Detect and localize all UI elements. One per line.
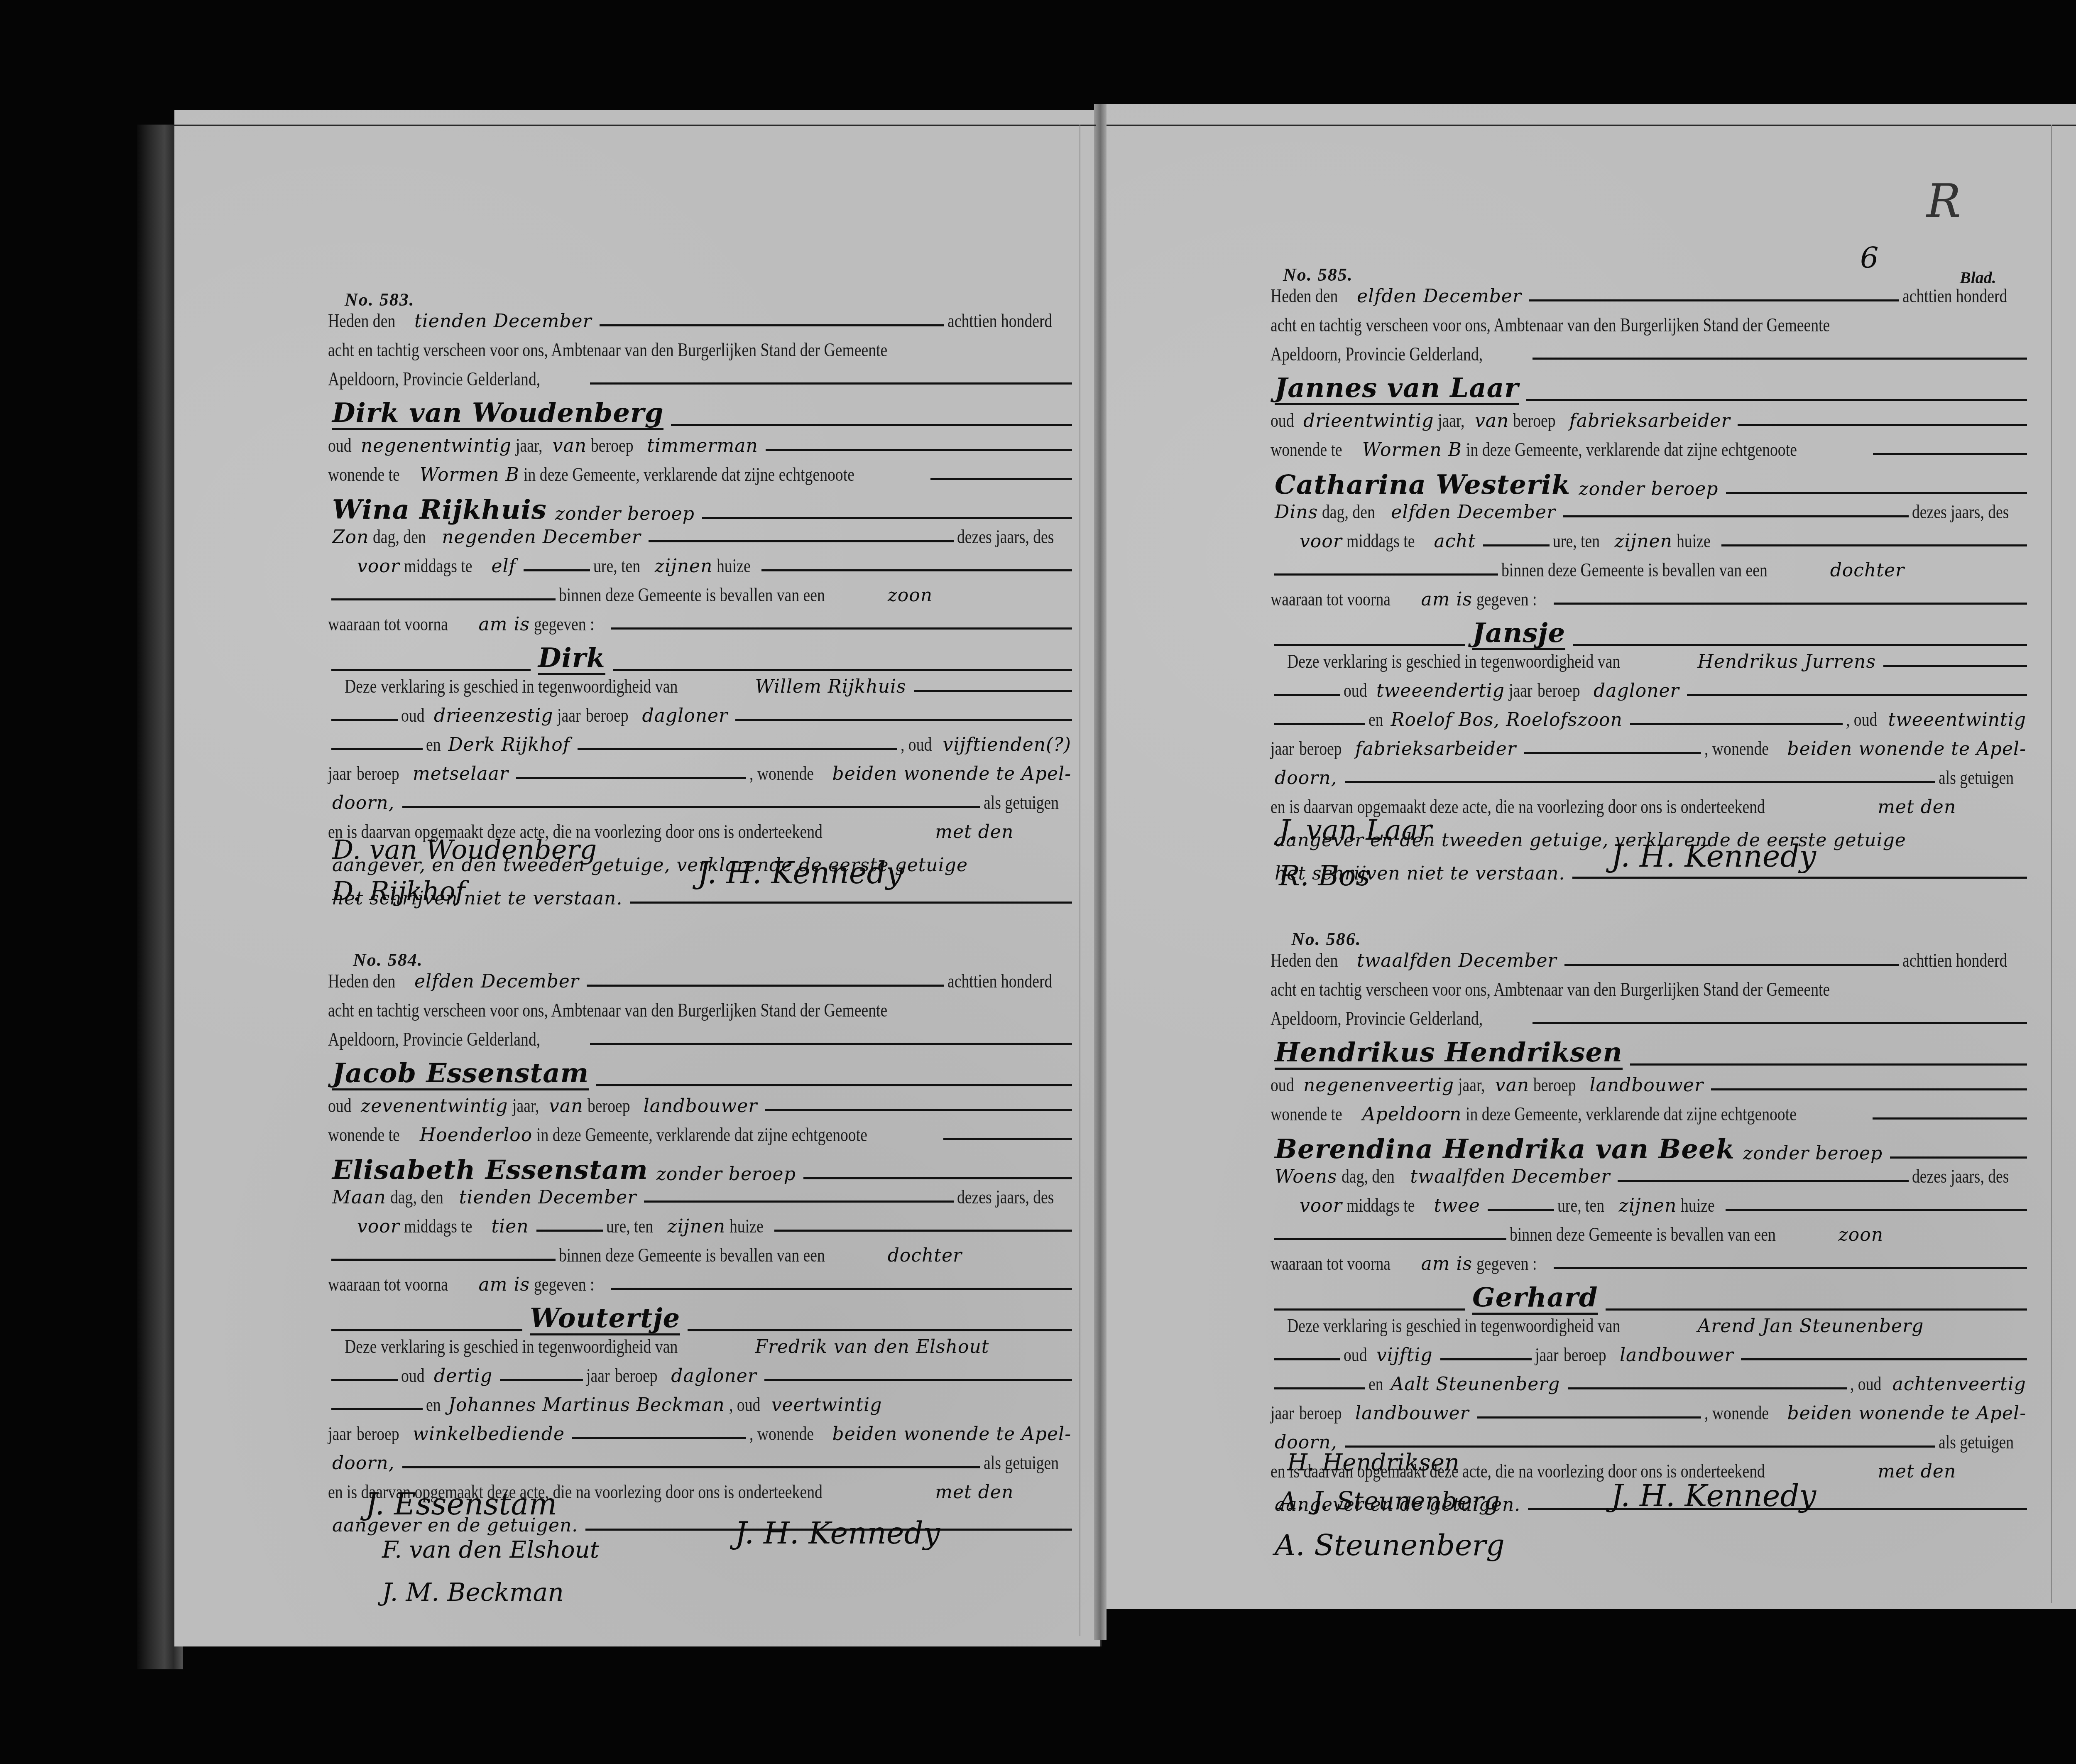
printed-text: middags te — [1346, 1196, 1415, 1215]
printed-text: gegeven : — [1476, 1254, 1537, 1273]
handwritten-van: van — [1475, 412, 1509, 430]
witness2-name: Derk Rijkhof — [448, 736, 570, 754]
printed-text: jaar, — [516, 436, 542, 455]
handwritten-text: met den — [935, 1483, 1014, 1502]
father-age: zevenentwintig — [361, 1097, 508, 1115]
printed-text: beroep — [586, 706, 629, 725]
signature: R. Bos — [1279, 860, 1370, 892]
signature: J. van Laar — [1279, 814, 1432, 847]
child-sex: zoon — [1839, 1226, 1884, 1244]
witness2-age: achtenveertig — [1892, 1375, 2026, 1394]
printed-text: binnen deze Gemeente is bevallen van een — [1501, 561, 1768, 580]
ten-huize: zijnen — [668, 1218, 726, 1236]
father-occupation: landbouwer — [644, 1097, 758, 1115]
printed-text: dezes jaars, des — [1912, 1167, 2009, 1186]
printed-text: beroep — [1537, 681, 1580, 700]
printed-text: ure, ten — [1553, 532, 1600, 551]
printed-text: oud — [1344, 1345, 1367, 1365]
father-occupation: fabrieksarbeider — [1569, 412, 1731, 430]
ten-huize: zijnen — [1619, 1197, 1677, 1215]
handwritten-date: elfden December — [1357, 287, 1522, 306]
printed-text: beroep — [1299, 739, 1342, 758]
registrar-signature: J. H. Kennedy — [735, 1516, 940, 1551]
witness2-name: Roelof Bos, Roelofszoon — [1391, 711, 1622, 729]
printed-text: dezes jaars, des — [957, 1188, 1054, 1207]
ten-huize: zijnen — [655, 557, 713, 576]
printed-text: gegeven : — [1476, 590, 1537, 609]
witness2-occupation: fabrieksarbeider — [1355, 740, 1516, 758]
printed-text: jaar — [1271, 1404, 1294, 1423]
father-age: negenentwintig — [361, 437, 512, 455]
signature: H. Hendriksen — [1287, 1449, 1459, 1476]
printed-text: oud — [328, 1096, 352, 1115]
printed-text: Deze verklaring is geschied in tegenwoor… — [345, 1337, 678, 1356]
printed-text: achttien honderd — [1902, 951, 2007, 970]
signature: D. Rijkhof — [332, 876, 465, 907]
printed-text: waaraan tot voorna — [1271, 590, 1391, 609]
printed-text: beroep — [588, 1096, 630, 1115]
witness1-name: Fredrik van den Elshout — [755, 1338, 989, 1356]
record-586: No. 586. Heden den twaalfden December ac… — [1271, 930, 2030, 1470]
left-page-margin-line — [1080, 125, 1080, 1636]
birth-date: twaalfden December — [1410, 1168, 1611, 1186]
handwritten-text: met den — [1878, 1463, 1956, 1481]
handwritten-text: met den — [935, 823, 1014, 841]
printed-text: Apeldoorn, Provincie Gelderland, — [328, 370, 540, 389]
printed-text: oud — [1344, 681, 1367, 700]
printed-text: waaraan tot voorna — [1271, 1254, 1391, 1273]
printed-text: jaar — [586, 1366, 610, 1385]
printed-text: gegeven : — [534, 1275, 595, 1294]
printed-text: dag, den — [390, 1188, 443, 1207]
printed-text: en — [426, 1395, 441, 1414]
printed-text: in deze Gemeente, verklarende dat zijne … — [1466, 1105, 1797, 1124]
father-name: Jacob Essenstam — [332, 1060, 589, 1090]
father-name: Hendrikus Hendriksen — [1275, 1039, 1623, 1070]
printed-text: middags te — [1346, 532, 1415, 551]
printed-text: acht en tachtig verscheen voor ons, Ambt… — [1271, 316, 1830, 335]
printed-text: en — [426, 735, 441, 754]
witness2-occupation: landbouwer — [1355, 1404, 1469, 1423]
printed-text: middags te — [404, 556, 472, 576]
printed-text: dag, den — [373, 527, 426, 546]
mother-name: Catharina Westerik — [1275, 472, 1570, 498]
printed-text: ure, ten — [1557, 1196, 1604, 1215]
witness1-age: tweeendertig — [1376, 682, 1505, 700]
handwritten-text: doorn, — [1275, 769, 1337, 787]
printed-text: oud — [1271, 1076, 1294, 1095]
birth-time: twee — [1434, 1197, 1480, 1215]
printed-text: ure, ten — [593, 556, 640, 576]
father-occupation: landbouwer — [1589, 1076, 1704, 1095]
child-sex: zoon — [888, 586, 933, 605]
printed-text: wonende te — [1271, 1105, 1342, 1124]
printed-text: beroep — [591, 436, 634, 455]
printed-text: acht en tachtig verscheen voor ons, Ambt… — [328, 341, 887, 360]
witness2-occupation: winkelbediende — [413, 1425, 565, 1443]
mother-occupation: zonder beroep — [1743, 1144, 1883, 1163]
residence: Wormen B — [420, 466, 519, 484]
book-gutter — [1094, 104, 1107, 1640]
printed-text: achttien honderd — [947, 311, 1052, 331]
witness1-name: Willem Rijkhuis — [755, 678, 906, 696]
printed-text: achttien honderd — [1902, 287, 2007, 306]
father-age: drieentwintig — [1303, 412, 1434, 430]
printed-text: jaar, — [1438, 411, 1464, 430]
mother-name: Wina Rijkhuis — [332, 497, 547, 523]
printed-text: wonende te — [328, 465, 400, 484]
handwritten-text: am is — [479, 615, 530, 634]
time-prefix: voor — [357, 1218, 400, 1236]
residence: Wormen B — [1362, 441, 1462, 459]
printed-text: en — [1368, 710, 1383, 729]
registrar-signature: J. H. Kennedy — [1611, 839, 1816, 874]
printed-text: ure, ten — [606, 1217, 653, 1236]
printed-text: beroep — [615, 1366, 658, 1385]
printed-text: huize — [1677, 532, 1711, 551]
witness2-name: Aalt Steunenberg — [1391, 1375, 1560, 1394]
printed-text: in deze Gemeente, verklarende dat zijne … — [1466, 440, 1797, 459]
weekday: Dins — [1275, 503, 1318, 522]
witness2-age: veertwintig — [771, 1396, 882, 1414]
registrar-signature: J. H. Kennedy — [1611, 1478, 1816, 1513]
printed-text: Heden den — [328, 311, 395, 331]
printed-text: wonende te — [1271, 440, 1342, 459]
left-page-top-rule — [174, 125, 1096, 126]
signature: D. van Woudenberg — [332, 835, 597, 865]
printed-text: jaar — [557, 706, 581, 725]
child-name: Woutertje — [530, 1305, 680, 1335]
father-age: negenenveertig — [1303, 1076, 1454, 1095]
record-number: No. 586. — [1291, 930, 1361, 948]
printed-text: oud — [1271, 411, 1294, 430]
handwritten-date: elfden December — [414, 973, 579, 991]
handwritten-van: van — [1495, 1076, 1529, 1095]
child-sex: dochter — [888, 1247, 962, 1265]
birth-time: tien — [491, 1218, 529, 1236]
mother-name: Elisabeth Essenstam — [332, 1157, 648, 1183]
right-page-top-rule — [1107, 125, 2076, 126]
signature: A. J. Steunenberg — [1279, 1487, 1500, 1516]
witnesses-residence: beiden wonende te Apel- — [832, 1425, 1072, 1443]
printed-text: oud — [401, 1366, 425, 1385]
witness1-name: Arend Jan Steunenberg — [1697, 1317, 1924, 1335]
printed-text: middags te — [404, 1217, 472, 1236]
witness1-age: dertig — [434, 1367, 492, 1385]
witness1-age: vijftig — [1376, 1346, 1433, 1365]
witness2-age: tweeentwintig — [1888, 711, 2026, 729]
printed-text: jaar — [328, 764, 352, 783]
printed-text: binnen deze Gemeente is bevallen van een — [559, 1246, 825, 1265]
printed-text: beroep — [1564, 1345, 1606, 1365]
record-number: No. 583. — [345, 291, 415, 309]
printed-text: Apeldoorn, Provincie Gelderland, — [328, 1030, 540, 1049]
birth-date: elfden December — [1391, 503, 1556, 522]
witnesses-residence: beiden wonende te Apel- — [1787, 1404, 2027, 1423]
printed-text: , wonende — [749, 1424, 814, 1443]
signature: A. Steunenberg — [1275, 1528, 1505, 1562]
handwritten-text: am is — [479, 1276, 530, 1294]
witnesses-residence: beiden wonende te Apel- — [1787, 740, 2027, 758]
printed-text: waaraan tot voorna — [328, 615, 448, 634]
printed-text: jaar, — [1458, 1076, 1485, 1095]
printed-text: acht en tachtig verscheen voor ons, Ambt… — [1271, 980, 1830, 999]
child-name: Jansje — [1472, 620, 1565, 650]
handwritten-text: am is — [1421, 1255, 1473, 1273]
handwritten-text: met den — [1878, 798, 1956, 816]
record-number: No. 584. — [353, 951, 423, 969]
weekday: Maan — [332, 1188, 386, 1207]
signature: F. van den Elshout — [382, 1536, 599, 1563]
handwritten-text: am is — [1421, 590, 1473, 609]
printed-text: jaar — [1535, 1345, 1559, 1365]
weekday: Zon — [332, 528, 369, 546]
witness1-age: drieenzestig — [434, 707, 553, 725]
printed-text: beroep — [357, 764, 399, 783]
printed-text: oud — [401, 706, 425, 725]
time-prefix: voor — [1300, 1197, 1342, 1215]
printed-text: jaar — [1271, 739, 1294, 758]
record-585: No. 585. Heden den elfden December achtt… — [1271, 266, 2030, 806]
printed-text: huize — [1681, 1196, 1715, 1215]
printed-text: , wonende — [1704, 1404, 1769, 1423]
handwritten-date: tienden December — [414, 312, 592, 331]
witness2-occupation: metselaar — [413, 765, 509, 783]
handwritten-date: twaalfden December — [1357, 952, 1557, 970]
child-sex: dochter — [1830, 561, 1905, 580]
printed-text: , oud — [1850, 1374, 1881, 1394]
printed-text: , oud — [901, 735, 932, 754]
right-page-margin-line — [2051, 125, 2052, 1603]
printed-text: , oud — [729, 1395, 760, 1414]
printed-text: Deze verklaring is geschied in tegenwoor… — [1287, 652, 1620, 671]
child-name: Gerhard — [1472, 1284, 1598, 1315]
witness2-age: vijftienden(?) — [943, 736, 1071, 754]
witness1-occupation: dagloner — [1594, 682, 1679, 700]
witness1-occupation: dagloner — [671, 1367, 757, 1385]
printed-text: dezes jaars, des — [957, 527, 1054, 546]
printed-text: jaar, — [512, 1096, 539, 1115]
record-number: No. 585. — [1283, 266, 1353, 284]
witness1-occupation: landbouwer — [1620, 1346, 1734, 1365]
mother-occupation: zonder beroep — [1579, 480, 1718, 498]
printed-text: dag, den — [1322, 502, 1375, 522]
printed-text: beroep — [1299, 1404, 1342, 1423]
printed-text: dag, den — [1342, 1167, 1395, 1186]
printed-text: binnen deze Gemeente is bevallen van een — [559, 586, 825, 605]
printed-text: en — [1368, 1374, 1383, 1394]
printed-text: Apeldoorn, Provincie Gelderland, — [1271, 1009, 1483, 1028]
handwritten-text: doorn, — [332, 794, 395, 812]
mother-occupation: zonder beroep — [555, 505, 695, 523]
printed-text: gegeven : — [534, 615, 595, 634]
witness2-name: Johannes Martinus Beckman — [448, 1396, 725, 1414]
printed-text: , wonende — [749, 764, 814, 783]
printed-text: als getuigen — [1939, 768, 2014, 787]
birth-date: tienden December — [459, 1188, 637, 1207]
birth-time: elf — [491, 557, 516, 576]
printed-text: , oud — [1846, 710, 1877, 729]
registrar-signature: J. H. Kennedy — [698, 855, 903, 890]
mother-name: Berendina Hendrika van Beek — [1275, 1136, 1735, 1163]
birth-time: acht — [1434, 532, 1476, 551]
printed-text: als getuigen — [1939, 1433, 2014, 1452]
printed-text: Deze verklaring is geschied in tegenwoor… — [345, 677, 678, 696]
ten-huize: zijnen — [1614, 532, 1672, 551]
printed-text: beroep — [1533, 1076, 1576, 1095]
printed-text: als getuigen — [984, 1453, 1059, 1472]
pencil-mark: R — [1927, 174, 1961, 228]
witnesses-residence: beiden wonende te Apel- — [832, 765, 1072, 783]
printed-text: in deze Gemeente, verklarende dat zijne … — [536, 1125, 867, 1144]
printed-text: acht en tachtig verscheen voor ons, Ambt… — [328, 1001, 887, 1020]
printed-text: , wonende — [1704, 739, 1769, 758]
printed-text: dezes jaars, des — [1912, 502, 2009, 522]
printed-text: jaar — [328, 1424, 352, 1443]
signature: J. Essenstam — [365, 1487, 557, 1521]
time-prefix: voor — [357, 557, 400, 576]
printed-text: in deze Gemeente, verklarende dat zijne … — [524, 465, 854, 484]
printed-text: Heden den — [1271, 951, 1338, 970]
mother-occupation: zonder beroep — [656, 1165, 796, 1183]
printed-text: beroep — [1513, 411, 1556, 430]
signature: J. M. Beckman — [382, 1578, 564, 1607]
handwritten-text: doorn, — [332, 1454, 395, 1472]
handwritten-van: van — [553, 437, 587, 455]
father-name: Dirk van Woudenberg — [332, 400, 663, 430]
birth-date: negenden December — [442, 528, 641, 546]
record-584: No. 584. Heden den elfden December achtt… — [328, 951, 1075, 1491]
printed-text: huize — [730, 1217, 764, 1236]
printed-text: Deze verklaring is geschied in tegenwoor… — [1287, 1316, 1620, 1335]
printed-text: als getuigen — [984, 793, 1059, 812]
father-name: Jannes van Laar — [1275, 375, 1519, 405]
residence: Hoenderloo — [420, 1126, 533, 1144]
printed-text: Apeldoorn, Provincie Gelderland, — [1271, 345, 1483, 364]
child-name: Dirk — [538, 645, 605, 675]
printed-text: wonende te — [328, 1125, 400, 1144]
printed-text: beroep — [357, 1424, 399, 1443]
weekday: Woens — [1275, 1168, 1337, 1186]
time-prefix: voor — [1300, 532, 1342, 551]
father-occupation: timmerman — [647, 437, 758, 455]
record-583: No. 583. Heden den tienden December acht… — [328, 291, 1075, 831]
printed-text: Heden den — [1271, 287, 1338, 306]
printed-text: achttien honderd — [947, 972, 1052, 991]
printed-text: huize — [717, 556, 751, 576]
printed-text: Heden den — [328, 972, 395, 991]
printed-text: jaar — [1509, 681, 1533, 700]
printed-text: oud — [328, 436, 352, 455]
residence: Apeldoorn — [1362, 1105, 1462, 1124]
handwritten-van: van — [549, 1097, 583, 1115]
witness1-name: Hendrikus Jurrens — [1697, 653, 1876, 671]
printed-text: waaraan tot voorna — [328, 1275, 448, 1294]
printed-text: binnen deze Gemeente is bevallen van een — [1510, 1225, 1776, 1244]
witness1-occupation: dagloner — [642, 707, 728, 725]
